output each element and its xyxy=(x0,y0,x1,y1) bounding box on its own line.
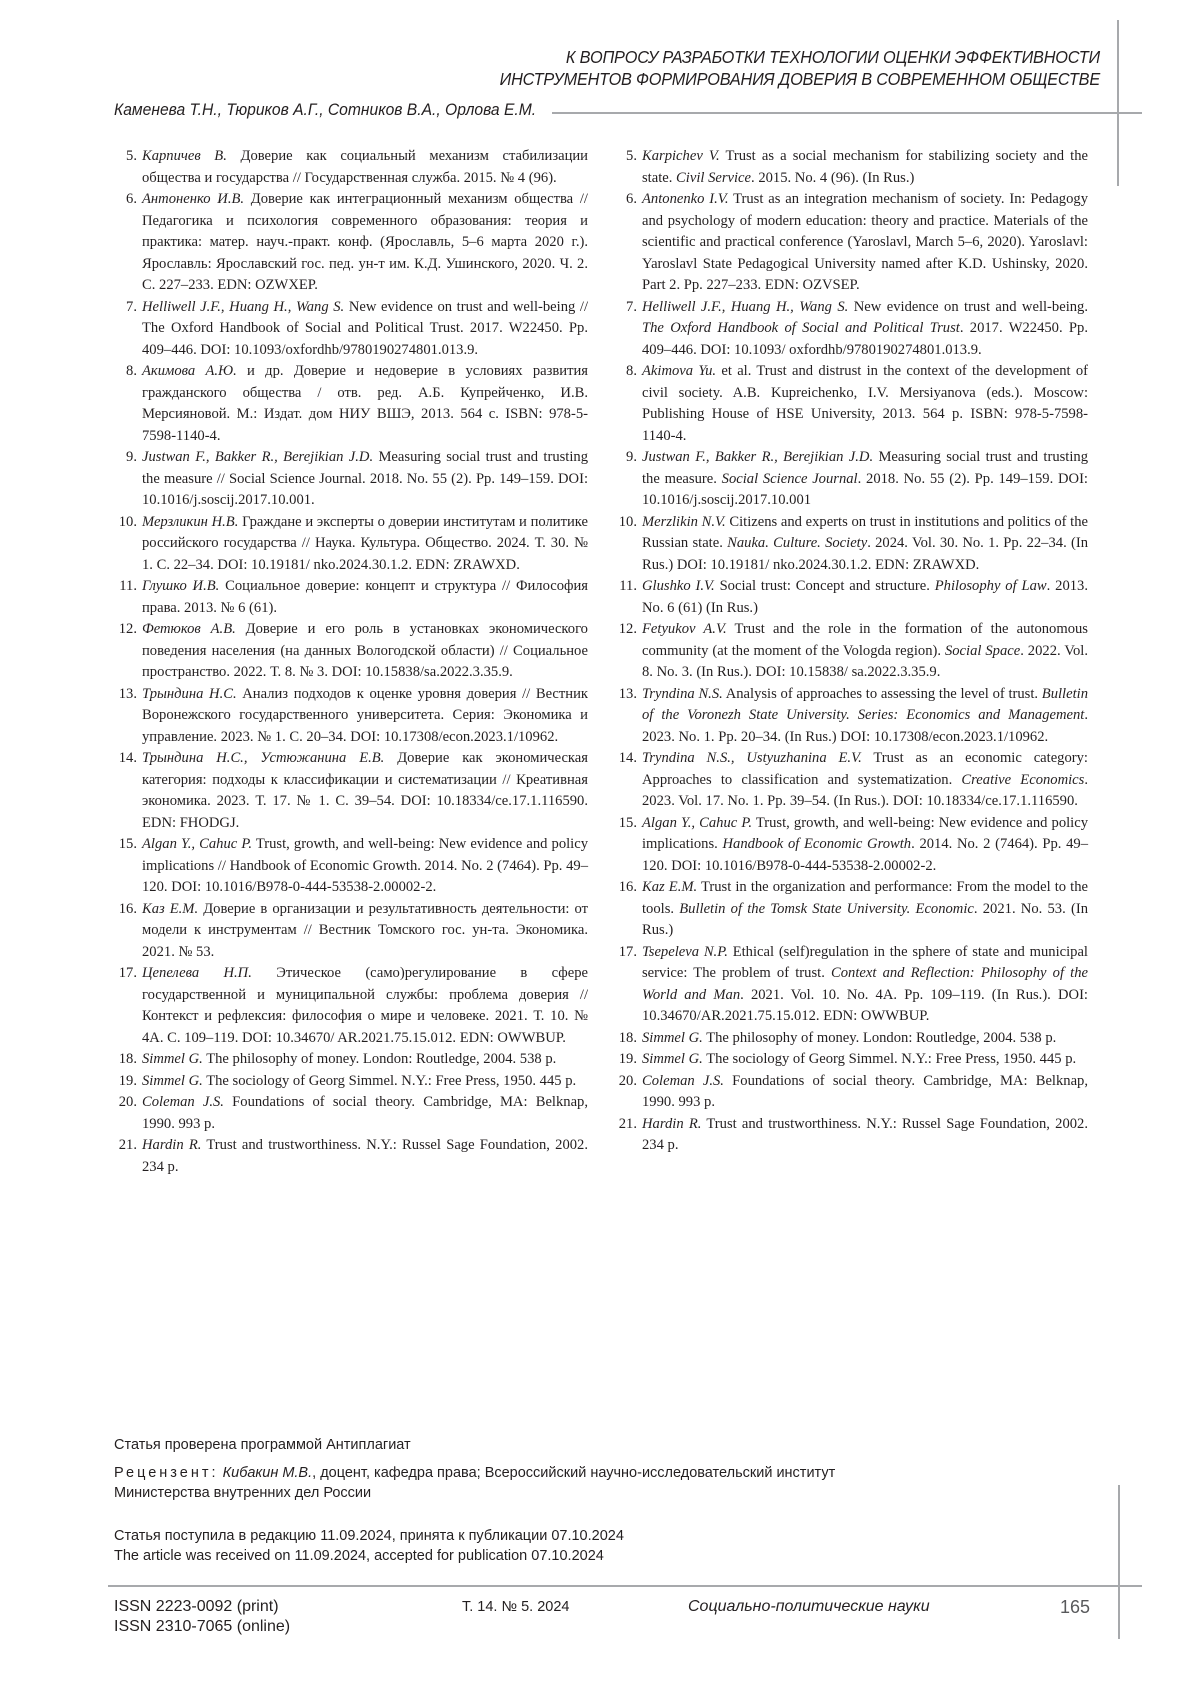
references-russian: 5.Карпичев В. Доверие как социальный мех… xyxy=(112,146,588,1178)
reference-journal: Social Science Journal xyxy=(722,471,858,487)
reference-number: 16. xyxy=(612,877,637,899)
footer-vertical-rule xyxy=(1118,1485,1120,1639)
reference-author: Мерзликин Н.В. xyxy=(142,514,238,530)
reference-number: 9. xyxy=(112,447,137,469)
reference-item: 14.Трындина Н.С., Устюжанина Е.В. Довери… xyxy=(112,748,588,834)
reference-text: Trust and trustworthiness. N.Y.: Russel … xyxy=(142,1137,588,1175)
reference-journal: Handbook of Economic Growth xyxy=(722,836,911,852)
reference-number: 16. xyxy=(112,899,137,921)
antiplagiat-note: Статья проверена программой Антиплагиат xyxy=(114,1435,411,1455)
reviewer-details: , доцент, кафедра права; Всероссийский н… xyxy=(312,1465,835,1481)
reference-number: 12. xyxy=(612,619,637,641)
reference-author: Coleman J.S. xyxy=(142,1094,224,1110)
reference-author: Трындина Н.С. xyxy=(142,686,237,702)
reference-item: 5.Карпичев В. Доверие как социальный мех… xyxy=(112,146,588,189)
reference-tail: . 2015. No. 4 (96). (In Rus.) xyxy=(751,170,914,186)
reference-item: 11.Глушко И.В. Социальное доверие: конце… xyxy=(112,576,588,619)
running-title-line-2: ИНСТРУМЕНТОВ ФОРМИРОВАНИЯ ДОВЕРИЯ В СОВР… xyxy=(356,68,1100,90)
reference-number: 15. xyxy=(612,813,637,835)
header-vertical-rule xyxy=(1117,20,1119,186)
reference-text: Analysis of approaches to assessing the … xyxy=(723,686,1042,702)
reference-author: Simmel G. xyxy=(142,1073,203,1089)
reference-item: 9.Justwan F., Bakker R., Berejikian J.D.… xyxy=(612,447,1088,512)
reference-item: 21.Hardin R. Trust and trustworthiness. … xyxy=(612,1114,1088,1157)
reference-journal: Nauka. Culture. Soci­ety xyxy=(727,535,867,551)
page-number: 165 xyxy=(1060,1597,1090,1617)
reference-author: Hardin R. xyxy=(642,1116,701,1132)
reference-item: 12.Fetyukov A.V. Trust and the role in t… xyxy=(612,619,1088,684)
reference-journal: Social Space xyxy=(945,643,1020,659)
reference-author: Antonenko I.V. xyxy=(642,191,728,207)
reference-number: 17. xyxy=(112,963,137,985)
reference-author: Algan Y., Cahuc P. xyxy=(142,836,252,852)
reference-item: 17.Цепелева Н.П. Этическое (само)регулир… xyxy=(112,963,588,1049)
reference-item: 17.Tsepeleva N.P. Ethical (self)regulati… xyxy=(612,942,1088,1028)
reference-number: 14. xyxy=(612,748,637,770)
reference-number: 7. xyxy=(612,297,637,319)
reference-number: 6. xyxy=(112,189,137,211)
reference-item: 10.Мерзликин Н.В. Граждане и эксперты о … xyxy=(112,512,588,577)
reference-item: 13.Трындина Н.С. Анализ подходов к оценк… xyxy=(112,684,588,749)
volume-issue: Т. 14. № 5. 2024 xyxy=(462,1597,569,1617)
reference-journal: Philosophy of Law xyxy=(935,578,1047,594)
reference-author: Фетюков А.В. xyxy=(142,621,236,637)
reference-author: Tryndina N.S., Ustyuzhanina E.V. xyxy=(642,750,862,766)
reference-item: 6.Антоненко И.В. Доверие как интеграцион… xyxy=(112,189,588,297)
reference-item: 12.Фетюков А.В. Доверие и его роль в уст… xyxy=(112,619,588,684)
reference-number: 8. xyxy=(112,361,137,383)
received-ru: Статья поступила в редакцию 11.09.2024, … xyxy=(114,1526,624,1546)
reference-item: 7.Helliwell J.F., Huang H., Wang S. New … xyxy=(112,297,588,362)
reference-item: 19.Simmel G. The sociology of Georg Simm… xyxy=(612,1049,1088,1071)
reference-author: Fetyukov A.V. xyxy=(642,621,727,637)
issn-block: ISSN 2223-0092 (print) ISSN 2310-7065 (o… xyxy=(114,1597,290,1637)
reference-item: 16.Каз Е.М. Доверие в организации и резу… xyxy=(112,899,588,964)
reference-author: Simmel G. xyxy=(642,1051,703,1067)
reference-number: 7. xyxy=(112,297,137,319)
reference-text: The sociology of Georg Simmel. N.Y.: Fre… xyxy=(203,1073,576,1089)
reference-number: 6. xyxy=(612,189,637,211)
reference-number: 10. xyxy=(612,512,637,534)
reference-author: Акимова А.Ю. xyxy=(142,363,237,379)
reference-author: Merzlikin N.V. xyxy=(642,514,726,530)
reference-journal: The Oxford Handbook of Social and Politi… xyxy=(642,320,960,336)
reference-author: Helliwell J.F., Huang H., Wang S. xyxy=(642,299,848,315)
reference-item: 18.Simmel G. The philosophy of money. Lo… xyxy=(112,1049,588,1071)
reference-number: 15. xyxy=(112,834,137,856)
reference-item: 18.Simmel G. The philosophy of money. Lo… xyxy=(612,1028,1088,1050)
header-rule xyxy=(552,112,1142,114)
reference-number: 20. xyxy=(612,1071,637,1093)
reference-author: Карпичев В. xyxy=(142,148,227,164)
reference-number: 21. xyxy=(112,1135,137,1157)
reference-number: 18. xyxy=(612,1028,637,1050)
reference-author: Simmel G. xyxy=(642,1030,703,1046)
reference-item: 7.Helliwell J.F., Huang H., Wang S. New … xyxy=(612,297,1088,362)
issn-print: ISSN 2223-0092 (print) xyxy=(114,1597,290,1617)
reference-text: Trust and trustworthiness. N.Y.: Russel … xyxy=(642,1116,1088,1154)
reference-number: 20. xyxy=(112,1092,137,1114)
reference-number: 12. xyxy=(112,619,137,641)
reference-number: 19. xyxy=(612,1049,637,1071)
reference-item: 5.Karpichev V. Trust as a social mechani… xyxy=(612,146,1088,189)
reference-author: Глушко И.В. xyxy=(142,578,219,594)
reference-text: Social trust: Concept and structure. xyxy=(715,578,935,594)
reference-number: 19. xyxy=(112,1071,137,1093)
reference-text: Доверие в организации и результативность… xyxy=(142,901,588,960)
reference-number: 14. xyxy=(112,748,137,770)
references-english: 5.Karpichev V. Trust as a social mechani… xyxy=(612,146,1088,1157)
footer-rule xyxy=(108,1585,1142,1587)
reference-item: 8.Akimova Yu. et al. Trust and distrust … xyxy=(612,361,1088,447)
reference-journal: Cre­ative Economics xyxy=(961,772,1084,788)
reference-item: 15.Algan Y., Cahuc P. Trust, growth, and… xyxy=(612,813,1088,878)
reference-number: 17. xyxy=(612,942,637,964)
reference-item: 21.Hardin R. Trust and trustworthiness. … xyxy=(112,1135,588,1178)
running-title-line-1: К ВОПРОСУ РАЗРАБОТКИ ТЕХНОЛОГИИ ОЦЕНКИ Э… xyxy=(356,46,1100,68)
reference-item: 8.Акимова А.Ю. и др. Доверие и недоверие… xyxy=(112,361,588,447)
reference-author: Coleman J.S. xyxy=(642,1073,724,1089)
reviewer-details-line-2: Министерства внутренних дел России xyxy=(114,1485,371,1501)
reference-item: 16.Kaz E.M. Trust in the organization an… xyxy=(612,877,1088,942)
reference-number: 10. xyxy=(112,512,137,534)
reference-number: 13. xyxy=(612,684,637,706)
reference-number: 13. xyxy=(112,684,137,706)
reference-author: Justwan F., Bakker R., Berejikian J.D. xyxy=(642,449,873,465)
reference-number: 8. xyxy=(612,361,637,383)
reference-item: 11.Glushko I.V. Social trust: Concept an… xyxy=(612,576,1088,619)
reference-number: 21. xyxy=(612,1114,637,1136)
reference-author: Антоненко И.В. xyxy=(142,191,244,207)
reference-text: The philosophy of money. London: Routled… xyxy=(203,1051,556,1067)
reference-item: 10.Merzlikin N.V. Citizens and experts o… xyxy=(612,512,1088,577)
reference-item: 20.Coleman J.S. Foundations of social th… xyxy=(612,1071,1088,1114)
issn-online: ISSN 2310-7065 (online) xyxy=(114,1617,290,1637)
reference-number: 18. xyxy=(112,1049,137,1071)
reference-number: 11. xyxy=(612,576,637,598)
reference-author: Helliwell J.F., Huang H., Wang S. xyxy=(142,299,344,315)
reference-author: Simmel G. xyxy=(142,1051,203,1067)
reference-number: 9. xyxy=(612,447,637,469)
reference-author: Hardin R. xyxy=(142,1137,201,1153)
received-en: The article was received on 11.09.2024, … xyxy=(114,1546,624,1566)
reference-author: Tsepeleva N.P. xyxy=(642,944,728,960)
reference-number: 5. xyxy=(112,146,137,168)
reference-item: 20.Coleman J.S. Foundations of social th… xyxy=(112,1092,588,1135)
reference-author: Algan Y., Cahuc P. xyxy=(642,815,752,831)
reference-author: Каз Е.М. xyxy=(142,901,198,917)
reference-item: 19.Simmel G. The sociology of Georg Simm… xyxy=(112,1071,588,1093)
reference-text: The philosophy of money. London: Routled… xyxy=(703,1030,1056,1046)
reference-number: 11. xyxy=(112,576,137,598)
running-authors: Каменева Т.Н., Тюриков А.Г., Сотников В.… xyxy=(114,100,536,120)
reference-item: 9.Justwan F., Bakker R., Berejikian J.D.… xyxy=(112,447,588,512)
journal-name: Социально-политические науки xyxy=(688,1597,930,1617)
reference-author: Karpichev V. xyxy=(642,148,720,164)
reference-item: 6.Antonenko I.V. Trust as an integration… xyxy=(612,189,1088,297)
reference-text: New evidence on trust and well-being. xyxy=(848,299,1088,315)
reference-item: 14.Tryndina N.S., Ustyuzhanina E.V. Trus… xyxy=(612,748,1088,813)
reference-author: Цепелева Н.П. xyxy=(142,965,252,981)
reference-author: Akimova Yu. xyxy=(642,363,716,379)
reference-author: Justwan F., Bakker R., Berejikian J.D. xyxy=(142,449,373,465)
reference-author: Трындина Н.С., Устюжанина Е.В. xyxy=(142,750,384,766)
reference-text: The sociology of Georg Simmel. N.Y.: Fre… xyxy=(703,1051,1076,1067)
running-title: К ВОПРОСУ РАЗРАБОТКИ ТЕХНОЛОГИИ ОЦЕНКИ Э… xyxy=(356,46,1100,90)
reference-author: Glushko I.V. xyxy=(642,578,715,594)
reference-item: 15.Algan Y., Cahuc P. Trust, growth, and… xyxy=(112,834,588,899)
reference-author: Tryndina N.S. xyxy=(642,686,723,702)
reviewer-name: Кибакин М.В. xyxy=(223,1465,313,1481)
reference-journal: Bulletin of the Tomsk State University. … xyxy=(679,901,974,917)
reference-journal: Civil Service xyxy=(676,170,751,186)
reference-author: Kaz E.M. xyxy=(642,879,697,895)
reviewer-label: Рецензент: xyxy=(114,1465,219,1481)
reviewer-block: Рецензент: Кибакин М.В., доцент, кафедра… xyxy=(114,1463,1114,1503)
reference-number: 5. xyxy=(612,146,637,168)
received-dates: Статья поступила в редакцию 11.09.2024, … xyxy=(114,1526,624,1566)
reference-item: 13.Tryndina N.S. Analysis of approaches … xyxy=(612,684,1088,749)
